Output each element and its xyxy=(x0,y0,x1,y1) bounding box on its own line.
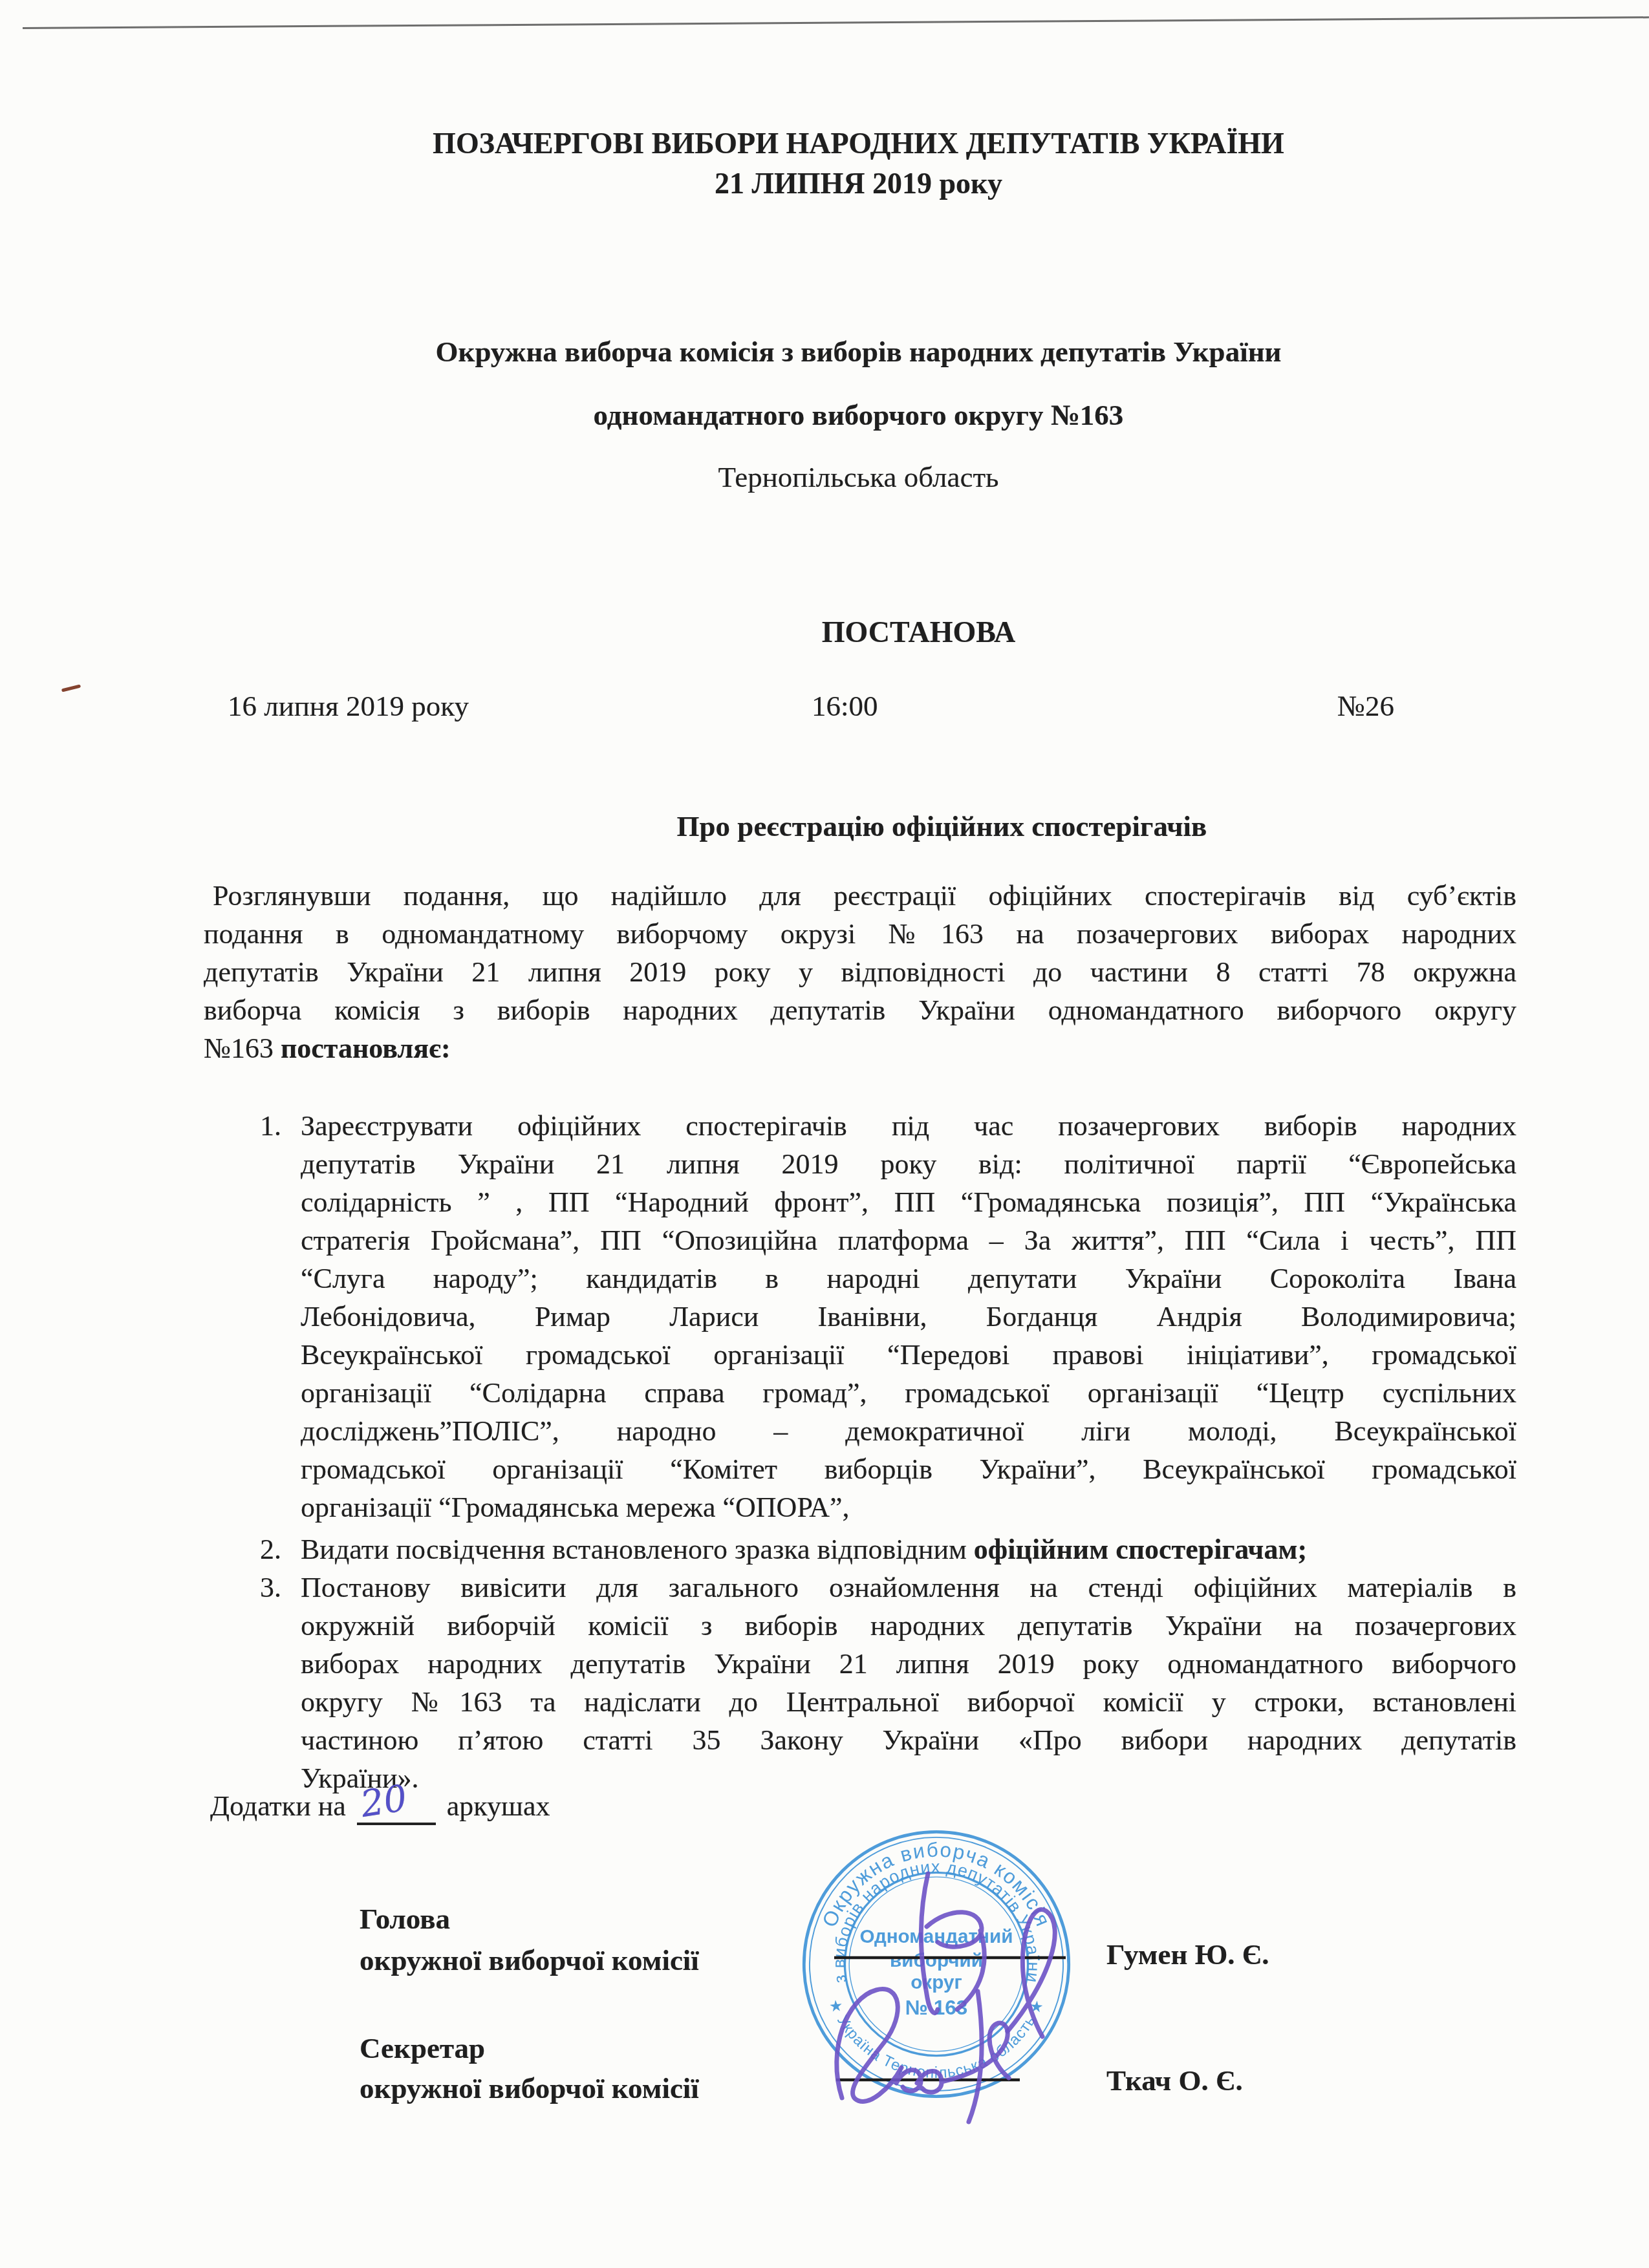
text-line: організації “Громадянська мережа “ОПОРА”… xyxy=(301,1488,1516,1526)
text-segment-bold: офіційним спостерігачам; xyxy=(974,1534,1307,1565)
text-line: Розглянувши подання, що надійшло для реє… xyxy=(204,877,1516,915)
resolution-subject: Про реєстрацію офіційних спостерігачів xyxy=(374,807,1509,846)
document-title-line2: 21 ЛИПНЯ 2019 року xyxy=(200,164,1516,203)
text-line: №163 постановляє: xyxy=(204,1029,1516,1067)
secretary-role-line1: Секретар xyxy=(360,2029,485,2068)
commission-region: Тернопільська область xyxy=(200,458,1516,497)
commission-name-line1: Окружна виборча комісія з виборів народн… xyxy=(200,332,1516,371)
resolution-date: 16 липня 2019 року xyxy=(228,687,469,725)
text-line: депутатів України 21 липня 2019 року від… xyxy=(301,1145,1516,1183)
text-line: Лебонідовича, Римар Лариси Іванівни, Бог… xyxy=(301,1298,1516,1336)
secretary-signature-ink xyxy=(837,1989,1009,2122)
pen-mark-artifact xyxy=(61,684,81,692)
handwritten-count: 20 xyxy=(358,1779,410,1824)
attachments-suffix: аркушах xyxy=(447,1790,550,1822)
text-line: “Слуга народу”; кандидатів в народні деп… xyxy=(301,1259,1516,1298)
secretary-role-line2: окружної виборчої комісії xyxy=(360,2069,699,2108)
text-line: Постанову вивісити для загального ознайо… xyxy=(301,1568,1516,1607)
item-text: Постанову вивісити для загального ознайо… xyxy=(301,1568,1516,1797)
item-number: 2. xyxy=(200,1530,301,1568)
text-segment: Видати посвідчення встановленого зразка … xyxy=(301,1534,974,1565)
doc-type-heading: ПОСТАНОВА xyxy=(321,613,1516,652)
text-line: громадської організації “Комітет виборці… xyxy=(301,1450,1516,1488)
text-line: частиною п’ятою статті 35 Закону України… xyxy=(301,1721,1516,1759)
text-line: досліджень”ПОЛІС”, народно – демократичн… xyxy=(301,1412,1516,1450)
item-text: Зареєструвати офіційних спостерігачів пі… xyxy=(301,1107,1516,1526)
scanned-document-page: ПОЗАЧЕРГОВІ ВИБОРИ НАРОДНИХ ДЕПУТАТІВ УК… xyxy=(0,0,1649,2268)
text-line: стратегія Гройсмана”, ПП “Опозиційна пла… xyxy=(301,1221,1516,1259)
list-item: 3. Постанову вивісити для загального озн… xyxy=(200,1568,1516,1797)
attachments-note: Додатки на 20 аркушах xyxy=(210,1787,550,1825)
text-line: Зареєструвати офіційних спостерігачів пі… xyxy=(301,1107,1516,1145)
text-line: подання в одномандатному виборчому окруз… xyxy=(204,915,1516,953)
text-line: Видати посвідчення встановленого зразка … xyxy=(301,1530,1516,1568)
text-line: Всеукраїнської громадської організації “… xyxy=(301,1336,1516,1374)
handwritten-count-blank: 20 xyxy=(357,1792,436,1825)
text-line: виборах народних депутатів України 21 ли… xyxy=(301,1645,1516,1683)
text-line: солідарність ” , ПП “Народний фронт”, ПП… xyxy=(301,1183,1516,1221)
text-line: депутатів України 21 липня 2019 року у в… xyxy=(204,953,1516,991)
head-signature-ink xyxy=(921,1874,1055,2037)
text-line: виборча комісія з виборів народних депут… xyxy=(204,991,1516,1029)
signatures-overlay xyxy=(744,1804,1164,2179)
text-segment-bold: постановляє: xyxy=(281,1032,451,1064)
head-role-line1: Голова xyxy=(360,1899,450,1938)
document-title-line1: ПОЗАЧЕРГОВІ ВИБОРИ НАРОДНИХ ДЕПУТАТІВ УК… xyxy=(200,124,1516,163)
scan-edge-artifact xyxy=(23,16,1649,29)
list-item: 2. Видати посвідчення встановленого зраз… xyxy=(200,1530,1516,1568)
text-line: окружній виборчій комісії з виборів наро… xyxy=(301,1607,1516,1645)
list-item: 1. Зареєструвати офіційних спостерігачів… xyxy=(200,1107,1516,1526)
text-line: організації “Солідарна справа громад”, г… xyxy=(301,1374,1516,1412)
item-number: 1. xyxy=(200,1107,301,1526)
resolution-time: 16:00 xyxy=(812,687,878,725)
attachments-prefix: Додатки на xyxy=(210,1790,346,1822)
head-role-line2: окружної виборчої комісії xyxy=(360,1941,699,1980)
resolution-items: 1. Зареєструвати офіційних спостерігачів… xyxy=(200,1107,1516,1797)
text-line: округу №163 та надіслати до Центральної … xyxy=(301,1683,1516,1721)
text-segment: №163 xyxy=(204,1032,281,1064)
commission-name-line2: одномандатного виборчого округу №163 xyxy=(200,396,1516,434)
preamble-paragraph: Розглянувши подання, що надійшло для реє… xyxy=(204,877,1516,1067)
resolution-number: №26 xyxy=(1337,687,1394,725)
item-number: 3. xyxy=(200,1568,301,1797)
item-text: Видати посвідчення встановленого зразка … xyxy=(301,1530,1516,1568)
